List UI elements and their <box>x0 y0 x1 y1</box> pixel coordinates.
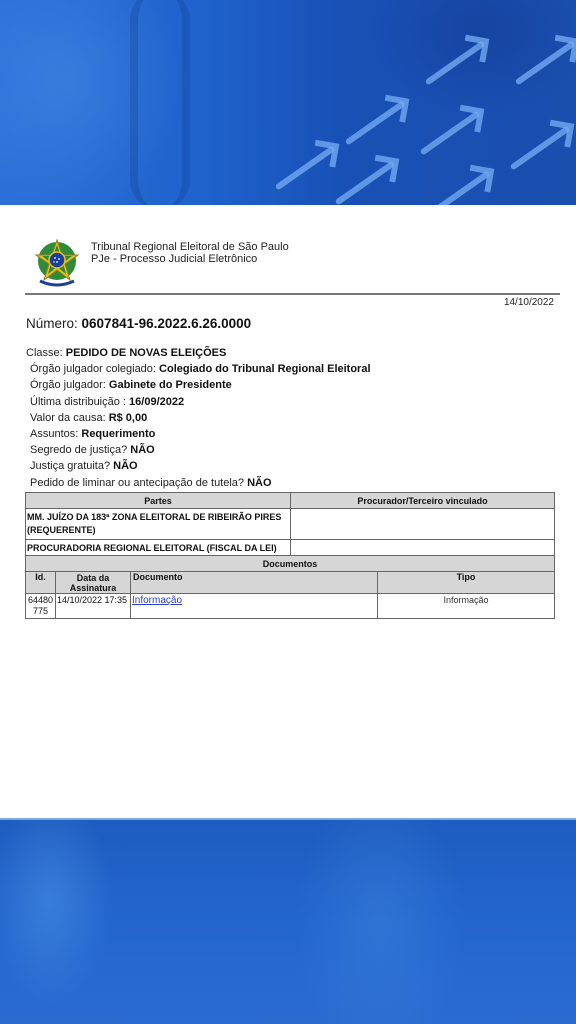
field-value: NÃO <box>247 477 271 489</box>
document-link[interactable]: Informação <box>132 595 182 606</box>
column-header-tipo: Tipo <box>378 572 555 594</box>
system-name: PJe - Processo Judicial Eletrônico <box>91 253 289 265</box>
field-assuntos: Assuntos: Requerimento <box>26 426 371 442</box>
column-header-partes: Partes <box>26 493 291 509</box>
process-number: Número: 0607841-96.2022.6.26.0000 <box>26 316 251 331</box>
document-header: Tribunal Regional Eleitoral de São Paulo… <box>30 235 560 295</box>
field-value: NÃO <box>130 444 154 456</box>
field-justica-gratuita: Justiça gratuita? NÃO <box>26 458 371 474</box>
field-classe: Classe: PEDIDO DE NOVAS ELEIÇÕES <box>26 345 371 361</box>
field-label: Assuntos: <box>30 428 78 440</box>
organization-name: Tribunal Regional Eleitoral de São Paulo… <box>91 241 289 265</box>
document-type: Informação <box>378 594 555 619</box>
field-value: R$ 0,00 <box>109 412 148 424</box>
process-document: Tribunal Regional Eleitoral de São Paulo… <box>0 205 576 818</box>
brazil-coat-of-arms-icon <box>32 237 82 289</box>
field-segredo-justica: Segredo de justiça? NÃO <box>26 442 371 458</box>
header-divider <box>25 293 560 295</box>
field-value: NÃO <box>113 460 137 472</box>
field-label: Última distribuição : <box>30 396 126 408</box>
arrow-decoration <box>335 160 396 205</box>
arrow-decoration <box>425 40 486 85</box>
field-label: Órgão julgador: <box>30 379 106 391</box>
column-header-data: Data da Assinatura <box>56 572 131 594</box>
table-title-row: Documentos <box>26 556 555 572</box>
field-value: 16/09/2022 <box>129 396 184 408</box>
table-row: 64480775 14/10/2022 17:35 Informação Inf… <box>26 594 555 619</box>
field-orgao-colegiado: Órgão julgador colegiado: Colegiado do T… <box>26 361 371 377</box>
field-pedido-liminar: Pedido de liminar ou antecipação de tute… <box>26 475 371 491</box>
process-fields: Classe: PEDIDO DE NOVAS ELEIÇÕES Órgão j… <box>26 345 371 491</box>
arrow-decoration <box>420 110 481 155</box>
process-number-label: Número: <box>26 316 78 331</box>
arrow-decoration <box>345 100 406 145</box>
field-label: Segredo de justiça? <box>30 444 127 456</box>
table-row: MM. JUÍZO DA 183ª ZONA ELEITORAL DE RIBE… <box>26 509 555 540</box>
column-header-id: Id. <box>26 572 56 594</box>
field-value: Requerimento <box>81 428 155 440</box>
document-id: 64480775 <box>26 594 56 619</box>
court-name: Tribunal Regional Eleitoral de São Paulo <box>91 241 289 253</box>
field-value: Colegiado do Tribunal Regional Eleitoral <box>159 363 370 375</box>
field-label: Classe: <box>26 347 63 359</box>
arrow-decoration <box>430 170 491 205</box>
table-header-row: Id. Data da Assinatura Documento Tipo <box>26 572 555 594</box>
partes-table: Partes Procurador/Terceiro vinculado MM.… <box>25 492 555 558</box>
bottom-banner-image <box>0 818 576 1024</box>
column-header-procurador: Procurador/Terceiro vinculado <box>291 493 555 509</box>
field-label: Pedido de liminar ou antecipação de tute… <box>30 477 244 489</box>
field-label: Justiça gratuita? <box>30 460 110 472</box>
field-orgao-julgador: Órgão julgador: Gabinete do Presidente <box>26 377 371 393</box>
field-label: Órgão julgador colegiado: <box>30 363 156 375</box>
field-label: Valor da causa: <box>30 412 106 424</box>
arrow-decoration <box>275 145 336 190</box>
document-signature-date: 14/10/2022 17:35 <box>56 594 131 619</box>
process-number-value: 0607841-96.2022.6.26.0000 <box>82 316 252 331</box>
field-value: Gabinete do Presidente <box>109 379 232 391</box>
arrow-decoration <box>510 125 571 170</box>
arrow-decoration <box>515 40 576 85</box>
parte-name: MM. JUÍZO DA 183ª ZONA ELEITORAL DE RIBE… <box>26 509 291 540</box>
field-value: PEDIDO DE NOVAS ELEIÇÕES <box>66 347 227 359</box>
procurador-cell <box>291 509 555 540</box>
documentos-table: Documentos Id. Data da Assinatura Docume… <box>25 555 555 619</box>
table-header-row: Partes Procurador/Terceiro vinculado <box>26 493 555 509</box>
documentos-title: Documentos <box>26 556 555 572</box>
field-valor-causa: Valor da causa: R$ 0,00 <box>26 410 371 426</box>
field-ultima-distribuicao: Última distribuição : 16/09/2022 <box>26 394 371 410</box>
column-header-documento: Documento <box>131 572 378 594</box>
print-date: 14/10/2022 <box>504 297 554 308</box>
document-cell: Informação <box>131 594 378 619</box>
top-banner-image <box>0 0 576 205</box>
chain-decoration <box>130 0 190 205</box>
